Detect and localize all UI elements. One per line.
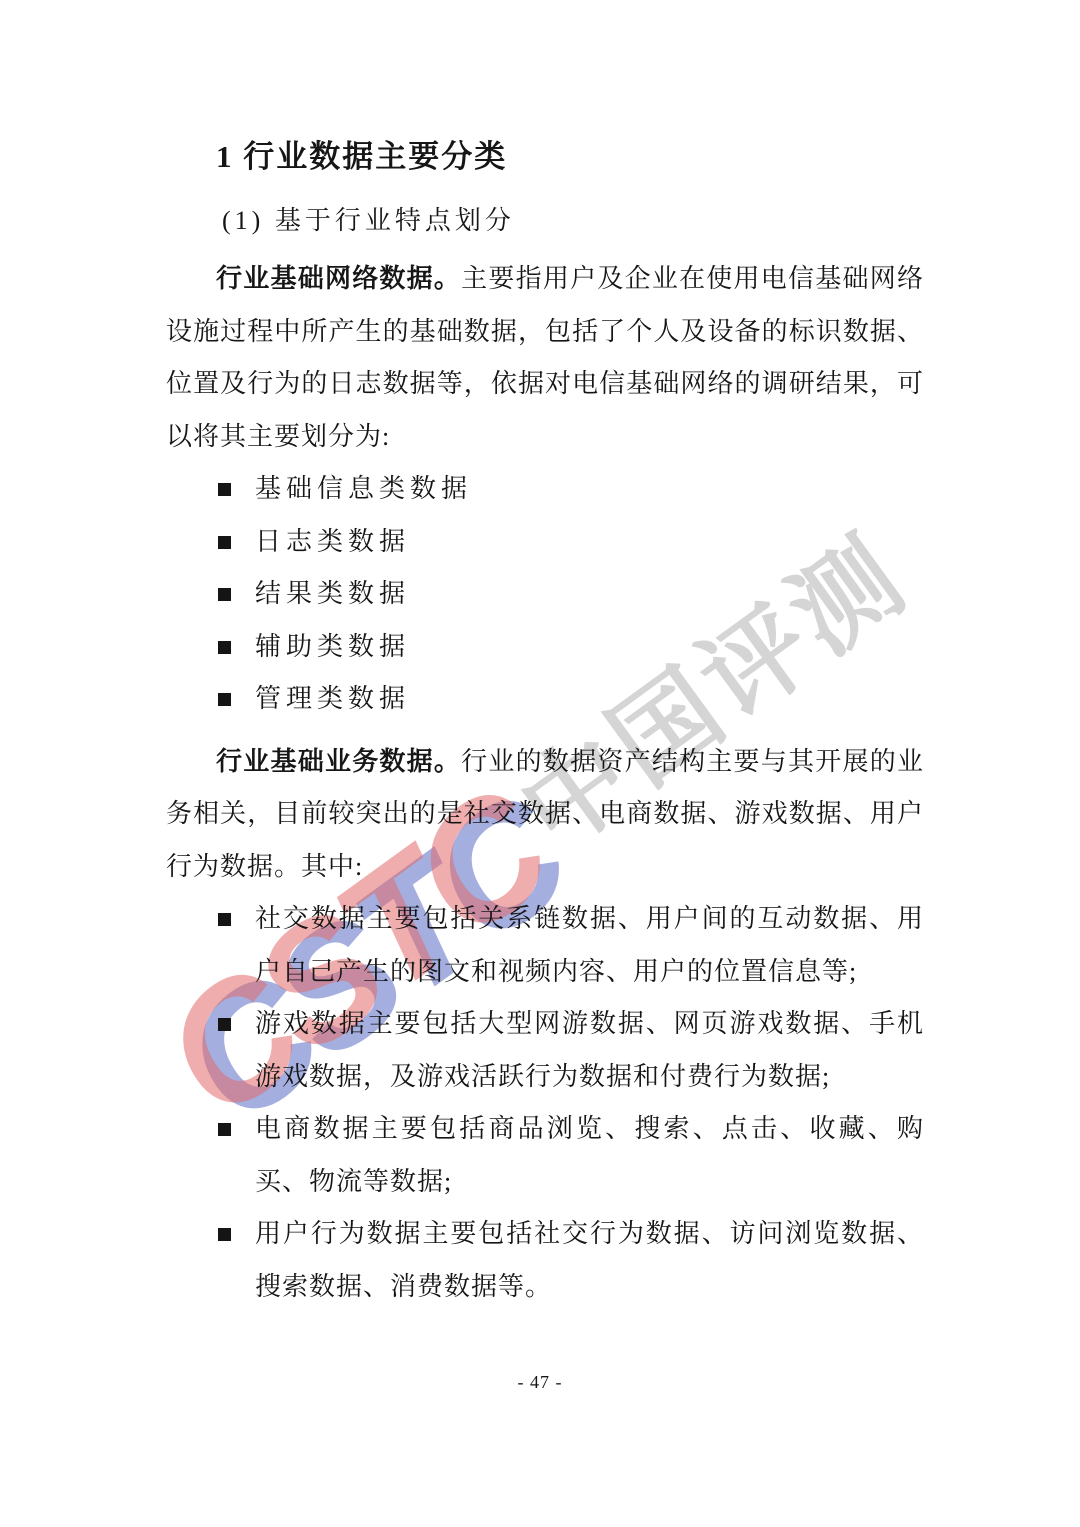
section-heading: 1 行业数据主要分类 xyxy=(216,135,924,179)
list-item-label: 结果类数据 xyxy=(255,568,924,621)
list-item-label: 社交数据主要包括关系链数据、用户间的互动数据、用户自己产生的图文和视频内容、用户… xyxy=(255,893,924,998)
list-item-label: 游戏数据主要包括大型网游数据、网页游戏数据、手机游戏数据，及游戏活跃行为数据和付… xyxy=(255,998,924,1103)
bullet-square-icon xyxy=(218,641,231,654)
list-item: 电商数据主要包括商品浏览、搜索、点击、收藏、购买、物流等数据; xyxy=(218,1103,924,1208)
bullet-square-icon xyxy=(218,1018,231,1031)
bullet-square-icon xyxy=(218,1123,231,1136)
paragraph-bold-lead: 行业基础业务数据。 xyxy=(216,747,461,776)
business-data-detail-list: 社交数据主要包括关系链数据、用户间的互动数据、用户自己产生的图文和视频内容、用户… xyxy=(166,893,924,1313)
list-item: 基础信息类数据 xyxy=(218,463,924,516)
list-item-label: 辅助类数据 xyxy=(255,621,924,674)
bullet-square-icon xyxy=(218,588,231,601)
bullet-square-icon xyxy=(218,913,231,926)
network-data-category-list: 基础信息类数据 日志类数据 结果类数据 辅助类数据 管理类数据 xyxy=(166,463,924,726)
list-item-label: 电商数据主要包括商品浏览、搜索、点击、收藏、购买、物流等数据; xyxy=(255,1103,924,1208)
list-item-label: 管理类数据 xyxy=(255,673,924,726)
list-item: 社交数据主要包括关系链数据、用户间的互动数据、用户自己产生的图文和视频内容、用户… xyxy=(218,893,924,998)
page-number: - 47 - xyxy=(0,1372,1080,1393)
bullet-square-icon xyxy=(218,536,231,549)
page-content: 1 行业数据主要分类 (1) 基于行业特点划分 行业基础网络数据。主要指用户及企… xyxy=(166,0,924,1313)
list-item-label: 用户行为数据主要包括社交行为数据、访问浏览数据、搜索数据、消费数据等。 xyxy=(255,1208,924,1313)
paragraph-industry-business-data: 行业基础业务数据。行业的数据资产结构主要与其开展的业务相关，目前较突出的是社交数… xyxy=(166,736,924,894)
list-item: 用户行为数据主要包括社交行为数据、访问浏览数据、搜索数据、消费数据等。 xyxy=(218,1208,924,1313)
paragraph-industry-network-data: 行业基础网络数据。主要指用户及企业在使用电信基础网络设施过程中所产生的基础数据，… xyxy=(166,253,924,463)
list-item: 游戏数据主要包括大型网游数据、网页游戏数据、手机游戏数据，及游戏活跃行为数据和付… xyxy=(218,998,924,1103)
list-item: 辅助类数据 xyxy=(218,621,924,674)
list-item: 管理类数据 xyxy=(218,673,924,726)
sub-heading: (1) 基于行业特点划分 xyxy=(222,199,924,243)
bullet-square-icon xyxy=(218,693,231,706)
bullet-square-icon xyxy=(218,483,231,496)
list-item: 结果类数据 xyxy=(218,568,924,621)
bullet-square-icon xyxy=(218,1228,231,1241)
paragraph-bold-lead: 行业基础网络数据。 xyxy=(216,264,461,293)
list-item: 日志类数据 xyxy=(218,516,924,569)
document-page: CSTC CSTC 中国评测 1 行业数据主要分类 (1) 基于行业特点划分 行… xyxy=(0,0,1080,1527)
list-item-label: 日志类数据 xyxy=(255,516,924,569)
list-item-label: 基础信息类数据 xyxy=(255,463,924,516)
